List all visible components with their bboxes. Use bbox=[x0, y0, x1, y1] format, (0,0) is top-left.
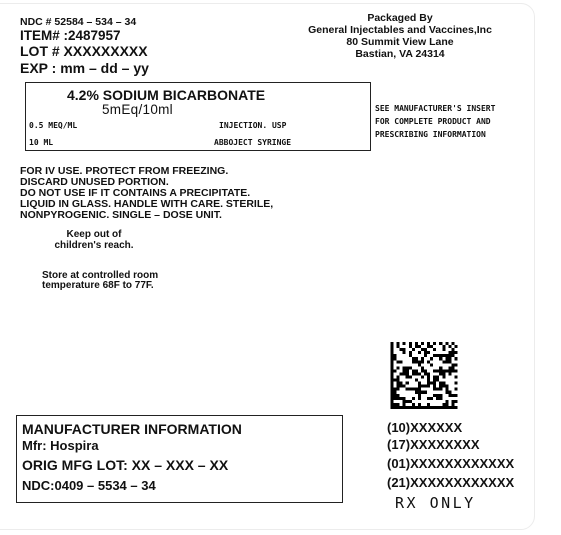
gs1-identifiers: (10)XXXXXX (17)XXXXXXXX (01)XXXXXXXXXXXX… bbox=[387, 418, 514, 492]
manufacturer-ndc: NDC:0409 – 5534 – 34 bbox=[22, 478, 156, 493]
gs1-line: (21)XXXXXXXXXXXX bbox=[387, 473, 514, 492]
packager-info: Packaged By General Injectables and Vacc… bbox=[305, 12, 495, 60]
keep-out-line: children's reach. bbox=[54, 240, 134, 251]
product-container: ABBOJECT SYRINGE bbox=[214, 138, 291, 147]
storage-instructions: Store at controlled room temperature 68F… bbox=[42, 271, 158, 291]
packager-company: General Injectables and Vaccines,Inc bbox=[305, 24, 495, 36]
item-number: ITEM# :2487957 bbox=[20, 28, 121, 43]
product-name: 4.2% SODIUM BICARBONATE bbox=[67, 87, 265, 103]
packager-address: 80 Summit View Lane bbox=[305, 36, 495, 48]
warning-line: NONPYROGENIC. SINGLE – DOSE UNIT. bbox=[20, 210, 273, 221]
datamatrix-icon bbox=[390, 342, 458, 409]
lot-number: LOT # XXXXXXXXX bbox=[20, 43, 148, 59]
storage-line: temperature 68F to 77F. bbox=[42, 281, 158, 291]
manufacturer-title: MANUFACTURER INFORMATION bbox=[22, 421, 242, 437]
warnings: FOR IV USE. PROTECT FROM FREEZING. DISCA… bbox=[20, 166, 273, 221]
insert-note-line: SEE MANUFACTURER'S INSERT bbox=[375, 102, 495, 115]
product-form: INJECTION. USP bbox=[219, 121, 286, 130]
gs1-line: (01)XXXXXXXXXXXX bbox=[387, 454, 514, 473]
expiration-date: EXP : mm – dd – yy bbox=[20, 60, 149, 76]
insert-note: SEE MANUFACTURER'S INSERT FOR COMPLETE P… bbox=[375, 102, 495, 141]
packager-heading: Packaged By bbox=[305, 12, 495, 24]
packager-city: Bastian, VA 24314 bbox=[305, 48, 495, 60]
product-meq-per-ml: 0.5 MEQ/ML bbox=[29, 121, 77, 130]
product-volume: 10 ML bbox=[29, 138, 53, 147]
insert-note-line: FOR COMPLETE PRODUCT AND bbox=[375, 115, 495, 128]
gs1-line: (17)XXXXXXXX bbox=[387, 435, 514, 454]
keep-out-of-reach: Keep out of children's reach. bbox=[54, 229, 134, 251]
product-box: 4.2% SODIUM BICARBONATE 5mEq/10ml 0.5 ME… bbox=[25, 82, 371, 151]
keep-out-line: Keep out of bbox=[54, 229, 134, 240]
manufacturer-name: Mfr: Hospira bbox=[22, 438, 99, 453]
product-concentration: 5mEq/10ml bbox=[102, 102, 173, 117]
manufacturer-orig-lot: ORIG MFG LOT: XX – XXX – XX bbox=[22, 457, 228, 473]
rx-only: RX ONLY bbox=[395, 494, 476, 512]
packager-ndc: NDC # 52584 – 534 – 34 bbox=[20, 16, 136, 28]
manufacturer-box: MANUFACTURER INFORMATION Mfr: Hospira OR… bbox=[16, 415, 343, 503]
insert-note-line: PRESCRIBING INFORMATION bbox=[375, 128, 495, 141]
